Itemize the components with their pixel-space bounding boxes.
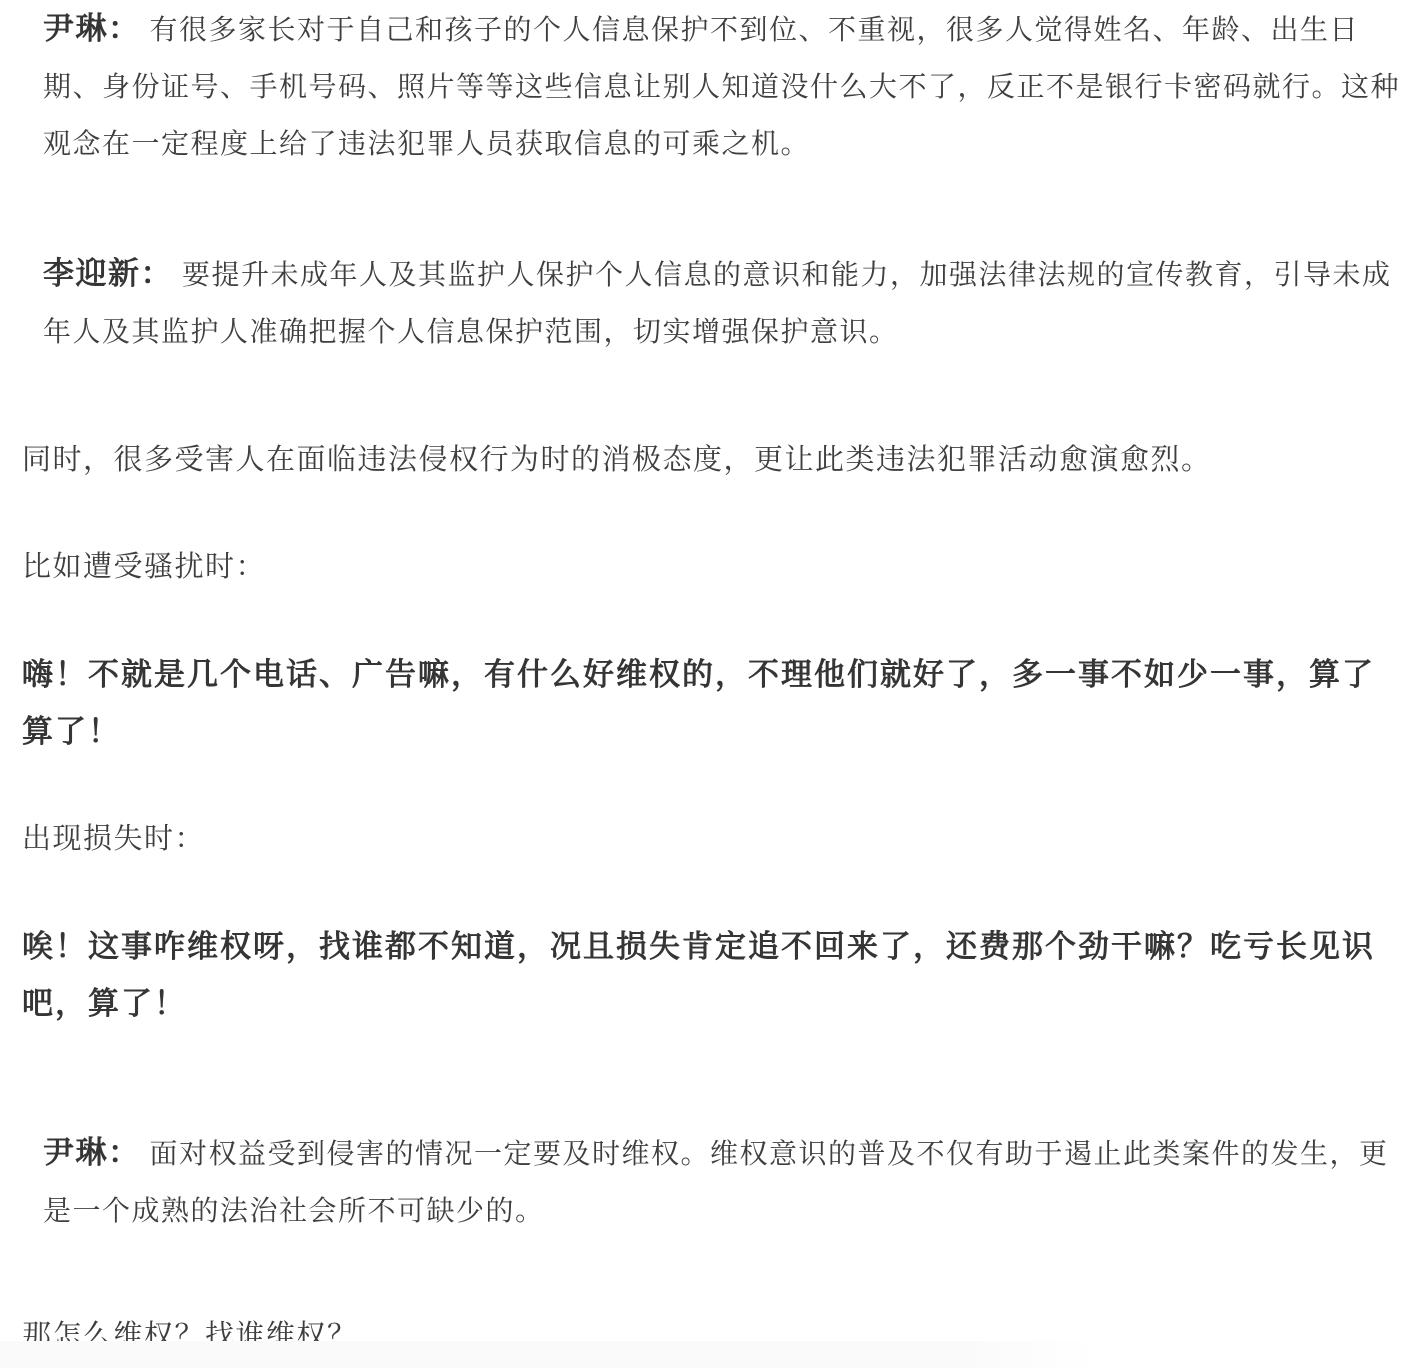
paragraph-harassment-label: 比如遭受骚扰时： bbox=[0, 539, 1428, 596]
speaker-name: 李迎新： bbox=[43, 256, 173, 291]
paragraph-line: 年人及其监护人准确把握个人信息保护范围，切实增强保护意识。 bbox=[43, 303, 1390, 360]
paragraph-line: 算了！ bbox=[22, 703, 1398, 760]
paragraph-line: 比如遭受骚扰时： bbox=[22, 539, 1398, 596]
paragraph-line: 观念在一定程度上给了违法犯罪人员获取信息的可乘之机。 bbox=[43, 115, 1390, 172]
quote-harassment: 嗨！不就是几个电话、广告嘛，有什么好维权的，不理他们就好了，多一事不如少一事，算… bbox=[0, 646, 1428, 760]
paragraph-line: 尹琳：面对权益受到侵害的情况一定要及时维权。维权意识的普及不仅有助于遏止此类案件… bbox=[43, 1124, 1390, 1182]
paragraph-line: 期、身份证号、手机号码、照片等等这些信息让别人知道没什么大不了，反正不是银行卡密… bbox=[43, 58, 1390, 115]
paragraph-text: 面对权益受到侵害的情况一定要及时维权。维权意识的普及不仅有助于遏止此类案件的发生… bbox=[150, 1138, 1389, 1169]
speaker-paragraph-liyingxin: 李迎新：要提升未成年人及其监护人保护个人信息的意识和能力，加强法律法规的宣传教育… bbox=[0, 245, 1428, 360]
speaker-paragraph-yinlin-1: 尹琳：有很多家长对于自己和孩子的个人信息保护不到位、不重视，很多人觉得姓名、年龄… bbox=[0, 0, 1428, 172]
paragraph-text: 要提升未成年人及其监护人保护个人信息的意识和能力，加强法律法规的宣传教育，引导未… bbox=[182, 259, 1392, 290]
paragraph-line: 吧，算了！ bbox=[22, 975, 1398, 1032]
next-section-edge bbox=[0, 1341, 1095, 1368]
paragraph-line: 嗨！不就是几个电话、广告嘛，有什么好维权的，不理他们就好了，多一事不如少一事，算… bbox=[22, 646, 1398, 703]
paragraph-loss-label: 出现损失时： bbox=[0, 811, 1428, 868]
speaker-name: 尹琳： bbox=[43, 1135, 141, 1170]
speaker-name: 尹琳： bbox=[43, 11, 141, 46]
paragraph-line: 尹琳：有很多家长对于自己和孩子的个人信息保护不到位、不重视，很多人觉得姓名、年龄… bbox=[43, 0, 1390, 58]
quote-loss: 唉！这事咋维权呀，找谁都不知道，况且损失肯定追不回来了，还费那个劲干嘛？吃亏长见… bbox=[0, 918, 1428, 1032]
paragraph-line: 李迎新：要提升未成年人及其监护人保护个人信息的意识和能力，加强法律法规的宣传教育… bbox=[43, 245, 1390, 303]
paragraph-line: 同时，很多受害人在面临违法侵权行为时的消极态度，更让此类违法犯罪活动愈演愈烈。 bbox=[22, 432, 1398, 489]
paragraph-line: 出现损失时： bbox=[22, 811, 1398, 868]
article-body: 尹琳：有很多家长对于自己和孩子的个人信息保护不到位、不重视，很多人觉得姓名、年龄… bbox=[0, 0, 1428, 1365]
paragraph-line: 唉！这事咋维权呀，找谁都不知道，况且损失肯定追不回来了，还费那个劲干嘛？吃亏长见… bbox=[22, 918, 1398, 975]
paragraph-text: 有很多家长对于自己和孩子的个人信息保护不到位、不重视，很多人觉得姓名、年龄、出生… bbox=[150, 14, 1360, 45]
speaker-paragraph-yinlin-2: 尹琳：面对权益受到侵害的情况一定要及时维权。维权意识的普及不仅有助于遏止此类案件… bbox=[0, 1124, 1428, 1239]
paragraph-victim-attitude: 同时，很多受害人在面临违法侵权行为时的消极态度，更让此类违法犯罪活动愈演愈烈。 bbox=[0, 432, 1428, 489]
paragraph-line: 是一个成熟的法治社会所不可缺少的。 bbox=[43, 1182, 1390, 1239]
